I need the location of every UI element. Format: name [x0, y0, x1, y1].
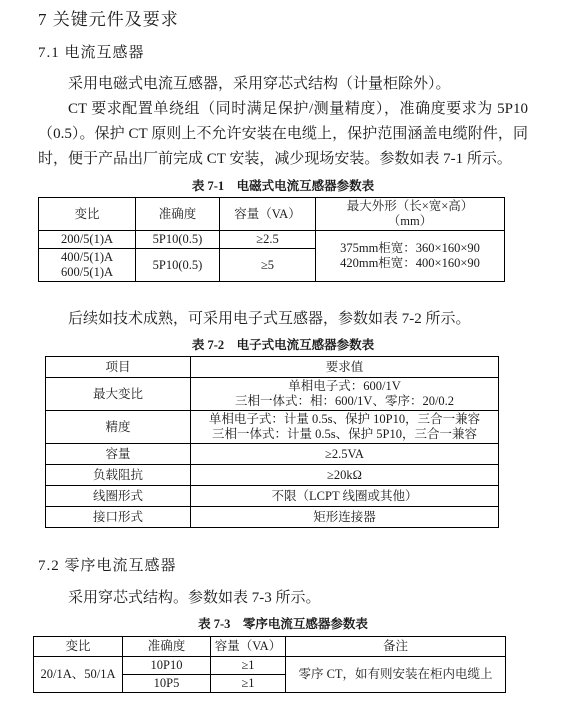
cell-item: 线圈形式 [46, 486, 191, 507]
cell-ratio: 200/5(1)A [39, 231, 136, 249]
table-row: 20/1A、50/1A 10P10 ≥1 零序 CT，如有则安装在柜内电缆上 [34, 657, 506, 675]
table-row: 接口形式 矩形连接器 [46, 507, 499, 528]
cell-value: ≥2.5VA [191, 444, 499, 465]
header-remarks: 备注 [286, 637, 506, 657]
table-row: 容量 ≥2.5VA [46, 444, 499, 465]
cell-remarks: 零序 CT，如有则安装在柜内电缆上 [286, 657, 506, 693]
cell-value-line2: 三相一体式：相：600/1V、零序：20/0.2 [193, 394, 496, 409]
header-required-value: 要求值 [191, 357, 499, 378]
cell-value-line1: 单相电子式：600/1V [193, 379, 496, 394]
section-7-2-heading: 7.2 零序电流互感器 [38, 557, 528, 575]
cell-value-line2: 三相一体式：计量 0.5s、保护 5P10，三合一兼容 [193, 427, 496, 442]
paragraph-ct-requirements: CT 要求配置单绕组（同时满足保护/测量精度），准确度要求为 5P10（0.5）… [38, 97, 528, 172]
table-header-row: 变比 准确度 容量（VA） 备注 [34, 637, 506, 657]
cell-accuracy: 5P10(0.5) [136, 249, 220, 282]
section-7-heading: 7 关键元件及要求 [38, 9, 528, 31]
cell-value: 单相电子式：计量 0.5s、保护 10P10，三合一兼容 三相一体式：计量 0.… [191, 411, 499, 444]
table-row: 线圈形式 不限（LCPT 线圈或其他） [46, 486, 499, 507]
header-capacity: 容量（VA） [220, 198, 316, 231]
table-7-2-caption: 表 7-2 电子式电流互感器参数表 [38, 338, 528, 353]
table-row: 负载阻抗 ≥20kΩ [46, 465, 499, 486]
table-header-row: 变比 准确度 容量（VA） 最大外形（长×宽×高） （mm） [39, 198, 505, 231]
table-7-3-caption: 表 7-3 零序电流互感器参数表 [38, 617, 528, 632]
header-capacity: 容量（VA） [211, 637, 286, 657]
paragraph-zero-sequence-ct: 采用穿芯式结构。参数如表 7-3 所示。 [38, 586, 528, 611]
table-7-1-caption: 表 7-1 电磁式电流互感器参数表 [38, 179, 528, 194]
header-item: 项目 [46, 357, 191, 378]
table-row: 最大变比 单相电子式：600/1V 三相一体式：相：600/1V、零序：20/0… [46, 378, 499, 411]
table-7-2: 项目 要求值 最大变比 单相电子式：600/1V 三相一体式：相：600/1V、… [45, 356, 499, 528]
header-ratio: 变比 [34, 637, 123, 657]
table-row: 200/5(1)A 5P10(0.5) ≥2.5 375mm柜宽：360×160… [39, 231, 505, 249]
cell-value-line1: 单相电子式：计量 0.5s、保护 10P10，三合一兼容 [193, 412, 496, 427]
cell-item: 最大变比 [46, 378, 191, 411]
cell-capacity: ≥5 [220, 249, 316, 282]
cell-capacity: ≥1 [211, 675, 286, 693]
cell-item: 接口形式 [46, 507, 191, 528]
paragraph-electronic-ct: 后续如技术成熟，可采用电子式互感器，参数如表 7-2 所示。 [38, 307, 528, 332]
header-max-dimensions-line2: （mm） [318, 214, 502, 229]
header-accuracy: 准确度 [123, 637, 211, 657]
cell-value: 不限（LCPT 线圈或其他） [191, 486, 499, 507]
cell-value: 单相电子式：600/1V 三相一体式：相：600/1V、零序：20/0.2 [191, 378, 499, 411]
cell-item: 负载阻抗 [46, 465, 191, 486]
cell-item: 精度 [46, 411, 191, 444]
header-accuracy: 准确度 [136, 198, 220, 231]
cell-dimensions-line1: 375mm柜宽：360×160×90 [318, 241, 502, 256]
cell-capacity: ≥1 [211, 657, 286, 675]
cell-dimensions: 375mm柜宽：360×160×90 420mm柜宽：400×160×90 [316, 231, 505, 282]
header-max-dimensions-line1: 最大外形（长×宽×高） [318, 199, 502, 214]
cell-value: ≥20kΩ [191, 465, 499, 486]
header-ratio: 变比 [39, 198, 136, 231]
cell-ratio: 400/5(1)A 600/5(1)A [39, 249, 136, 282]
cell-accuracy: 5P10(0.5) [136, 231, 220, 249]
cell-dimensions-line2: 420mm柜宽：400×160×90 [318, 256, 502, 271]
header-max-dimensions: 最大外形（长×宽×高） （mm） [316, 198, 505, 231]
cell-item: 容量 [46, 444, 191, 465]
cell-value: 矩形连接器 [191, 507, 499, 528]
cell-capacity: ≥2.5 [220, 231, 316, 249]
table-row: 精度 单相电子式：计量 0.5s、保护 10P10，三合一兼容 三相一体式：计量… [46, 411, 499, 444]
table-header-row: 项目 要求值 [46, 357, 499, 378]
table-7-3: 变比 准确度 容量（VA） 备注 20/1A、50/1A 10P10 ≥1 零序… [33, 636, 506, 693]
document-page: 7 关键元件及要求 7.1 电流互感器 采用电磁式电流互感器，采用穿芯式结构（计… [0, 0, 564, 711]
section-7-1-heading: 7.1 电流互感器 [38, 44, 528, 62]
paragraph-electromagnetic-ct: 采用电磁式电流互感器，采用穿芯式结构（计量柜除外）。 [38, 72, 528, 97]
table-7-1: 变比 准确度 容量（VA） 最大外形（长×宽×高） （mm） 200/5(1)A… [38, 197, 505, 282]
cell-ratio-line2: 600/5(1)A [41, 265, 133, 280]
cell-accuracy: 10P5 [123, 675, 211, 693]
cell-accuracy: 10P10 [123, 657, 211, 675]
cell-ratio-line1: 400/5(1)A [41, 250, 133, 265]
cell-ratio: 20/1A、50/1A [34, 657, 123, 693]
